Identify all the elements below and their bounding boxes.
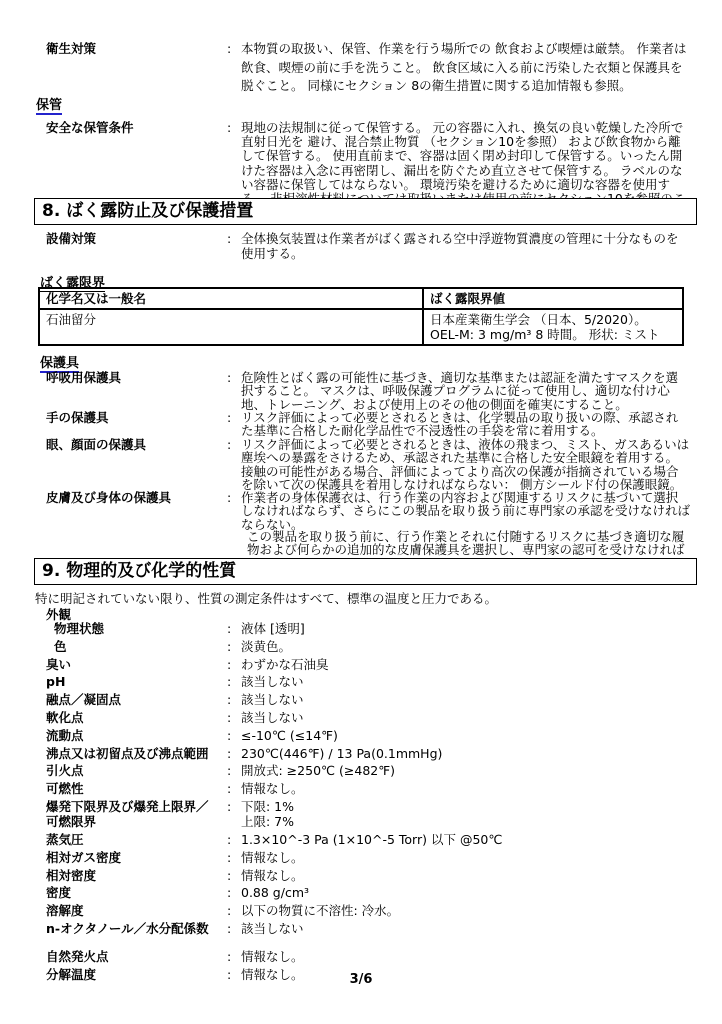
property-value: 該当しない — [241, 692, 690, 707]
property-label: pH — [36, 674, 227, 689]
property-row-relative-gas-density: 相対ガス密度 : 情報なし。 — [36, 850, 690, 865]
field-value: 作業者の身体保護衣は、行う作業の内容および関連するリスクに基づいて選択しなければ… — [241, 491, 690, 531]
property-label: 爆発下限界及び爆発上限界／ 可燃限界 — [36, 799, 227, 829]
property-value: 0.88 g/cm³ — [241, 885, 690, 900]
property-row-flash-point: 引火点 : 開放式: ≥250℃ (≥482℉) — [36, 763, 690, 778]
property-value: 以下の物質に不溶性: 冷水。 — [241, 903, 690, 918]
field-value: 全体換気装置は作業者がばく露される空中浮遊物質濃度の管理に十分なものを使用する。 — [241, 231, 690, 261]
colon-separator: : — [227, 746, 241, 761]
field-label: 呼吸用保護具 — [36, 371, 227, 384]
property-label: n-オクタノール／水分配係数 — [36, 921, 227, 936]
respiratory-protection-row: 呼吸用保護具 : 危険性とばく露の可能性に基づき、適切な基準または認証を満たすマ… — [36, 371, 690, 411]
property-label: 蒸気圧 — [36, 832, 227, 847]
property-value: 開放式: ≥250℃ (≥482℉) — [241, 763, 690, 778]
sds-document-page: 衛生対策 : 本物質の取扱い、保管、作業を行う場所での 飲食および喫煙は厳禁。 … — [0, 0, 722, 1024]
property-label: 臭い — [36, 657, 227, 672]
field-value: 本物質の取扱い、保管、作業を行う場所での 飲食および喫煙は厳禁。 作業者は飲食、… — [241, 40, 690, 96]
property-label: 溶解度 — [36, 903, 227, 918]
property-label: 軟化点 — [36, 710, 227, 725]
field-label: 眼、顔面の保護具 — [36, 438, 227, 451]
property-value: 情報なし。 — [241, 781, 690, 796]
column-header-chemical-name: 化学名又は一般名 — [39, 288, 423, 309]
field-label: 安全な保管条件 — [36, 121, 227, 135]
property-value: 該当しない — [241, 921, 690, 936]
section-9-header: 9. 物理的及び化学的性質 — [34, 558, 697, 585]
property-row-odor: 臭い : わずかな石油臭 — [36, 657, 690, 672]
exposure-limits-table: 化学名又は一般名 ばく露限界値 石油留分 日本産業衛生学会 （日本、5/2020… — [38, 287, 692, 346]
property-row-explosion-limits: 爆発下限界及び爆発上限界／ 可燃限界 : 下限: 1% 上限: 7% — [36, 799, 690, 829]
colon-separator: : — [227, 491, 241, 504]
colon-separator: : — [227, 411, 241, 424]
property-label: 密度 — [36, 885, 227, 900]
colon-separator: : — [227, 781, 241, 796]
property-row-solubility: 溶解度 : 以下の物質に不溶性: 冷水。 — [36, 903, 690, 918]
physical-properties-list: 物理状態 : 液体 [透明] 色 : 淡黄色。 臭い : わずかな石油臭 pH … — [36, 621, 690, 985]
colon-separator: : — [227, 40, 241, 59]
property-row-pour-point: 流動点 : ≤-10℃ (≤14℉) — [36, 728, 690, 743]
property-value: 230℃(446℉) / 13 Pa(0.1mmHg) — [241, 746, 690, 761]
property-value: 淡黄色。 — [241, 639, 690, 654]
colon-separator: : — [227, 949, 241, 964]
property-label: 物理状態 — [36, 621, 227, 636]
colon-separator: : — [227, 903, 241, 918]
property-value: 液体 [透明] — [241, 621, 690, 636]
property-row-density: 密度 : 0.88 g/cm³ — [36, 885, 690, 900]
property-value: 情報なし。 — [241, 949, 690, 964]
property-value: 情報なし。 — [241, 868, 690, 883]
colon-separator: : — [227, 850, 241, 865]
property-label: 沸点又は初留点及び沸点範囲 — [36, 746, 227, 761]
property-row-octanol-water-partition: n-オクタノール／水分配係数 : 該当しない — [36, 921, 690, 936]
colon-separator: : — [227, 657, 241, 672]
property-value: ≤-10℃ (≤14℉) — [241, 728, 690, 743]
property-row-relative-density: 相対密度 : 情報なし。 — [36, 868, 690, 883]
page-number: 3/6 — [0, 972, 722, 987]
field-label: 皮膚及び身体の保護具 — [36, 491, 227, 504]
eye-face-protection-row: 眼、顔面の保護具 : リスク評価によって必要とされるときは、液体の飛まつ、ミスト… — [36, 438, 690, 492]
property-row-color: 色 : 淡黄色。 — [36, 639, 690, 654]
property-value: 該当しない — [241, 710, 690, 725]
field-value: 危険性とばく露の可能性に基づき、適切な基準または認証を満たすマスクを選択すること… — [241, 371, 690, 411]
table-header-row: 化学名又は一般名 ばく露限界値 — [39, 288, 683, 309]
skin-body-protection-row: 皮膚及び身体の保護具 : 作業者の身体保護衣は、行う作業の内容および関連するリス… — [36, 491, 690, 531]
section-8-header: 8. ばく露防止及び保護措置 — [34, 198, 697, 225]
property-value: わずかな石油臭 — [241, 657, 690, 672]
property-row-ph: pH : 該当しない — [36, 674, 690, 689]
property-label: 流動点 — [36, 728, 227, 743]
colon-separator: : — [227, 371, 241, 384]
property-row-softening-point: 軟化点 : 該当しない — [36, 710, 690, 725]
colon-separator: : — [227, 231, 241, 246]
field-value: リスク評価によって必要とされるときは、化学製品の取り扱いの際、承認された基準に合… — [241, 411, 690, 438]
field-label: 手の保護具 — [36, 411, 227, 424]
property-row-melting-point: 融点／凝固点 : 該当しない — [36, 692, 690, 707]
colon-separator: : — [227, 692, 241, 707]
colon-separator: : — [227, 728, 241, 743]
hygiene-measures-row: 衛生対策 : 本物質の取扱い、保管、作業を行う場所での 飲食および喫煙は厳禁。 … — [36, 40, 690, 96]
field-label: 衛生対策 — [36, 40, 227, 59]
colon-separator: : — [227, 674, 241, 689]
colon-separator: : — [227, 921, 241, 936]
colon-separator: : — [227, 763, 241, 778]
property-label: 引火点 — [36, 763, 227, 778]
colon-separator: : — [227, 639, 241, 654]
property-row-boiling-point: 沸点又は初留点及び沸点範囲 : 230℃(446℉) / 13 Pa(0.1mm… — [36, 746, 690, 761]
colon-separator: : — [227, 621, 241, 636]
property-value: 情報なし。 — [241, 850, 690, 865]
chemical-name-cell: 石油留分 — [39, 309, 423, 345]
property-label: 色 — [36, 639, 227, 654]
colon-separator: : — [227, 438, 241, 451]
property-label: 自然発火点 — [36, 949, 227, 964]
property-row-flammability: 可燃性 : 情報なし。 — [36, 781, 690, 796]
property-row-vapor-pressure: 蒸気圧 : 1.3×10^-3 Pa (1×10^-5 Torr) 以下 @50… — [36, 832, 690, 847]
colon-separator: : — [227, 121, 241, 135]
property-label: 融点／凝固点 — [36, 692, 227, 707]
property-value: 下限: 1% 上限: 7% — [241, 799, 690, 829]
exposure-limit-cell: 日本産業衛生学会 （日本、5/2020）。 OEL-M: 3 mg/m³ 8 時… — [423, 309, 683, 345]
table-row: 石油留分 日本産業衛生学会 （日本、5/2020）。 OEL-M: 3 mg/m… — [39, 309, 683, 345]
field-label: 設備対策 — [36, 231, 227, 246]
hand-protection-row: 手の保護具 : リスク評価によって必要とされるときは、化学製品の取り扱いの際、承… — [36, 411, 690, 438]
colon-separator: : — [227, 832, 241, 847]
colon-separator: : — [227, 868, 241, 883]
colon-separator: : — [227, 710, 241, 725]
property-label: 相対密度 — [36, 868, 227, 883]
storage-heading: 保管 — [36, 94, 690, 115]
colon-separator: : — [227, 885, 241, 900]
equipment-measures-row: 設備対策 : 全体換気装置は作業者がばく露される空中浮遊物質濃度の管理に十分なも… — [36, 231, 690, 261]
property-value: 該当しない — [241, 674, 690, 689]
column-header-exposure-limit: ばく露限界値 — [423, 288, 683, 309]
property-row-physical-state: 物理状態 : 液体 [透明] — [36, 621, 690, 636]
property-row-autoignition-temperature: 自然発火点 : 情報なし。 — [36, 949, 690, 964]
property-value: 1.3×10^-3 Pa (1×10^-5 Torr) 以下 @50℃ — [241, 832, 690, 847]
colon-separator: : — [227, 799, 241, 814]
property-label: 可燃性 — [36, 781, 227, 796]
property-label: 相対ガス密度 — [36, 850, 227, 865]
field-value: リスク評価によって必要とされるときは、液体の飛まつ、ミスト、ガスあるいは塵埃への… — [241, 438, 690, 492]
